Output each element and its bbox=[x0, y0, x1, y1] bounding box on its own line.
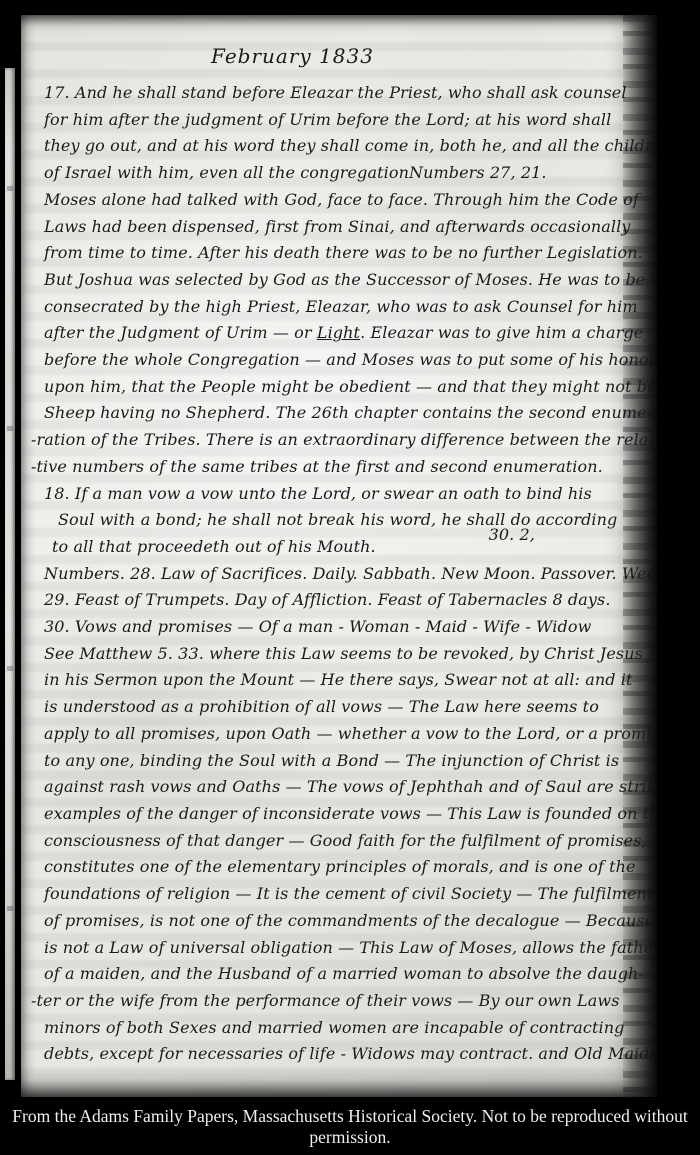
manuscript-line: from time to time. After his death there… bbox=[44, 240, 631, 267]
line-text: See Matthew 5. 33. where this Law seems … bbox=[44, 641, 643, 668]
manuscript-line: debts, except for necessaries of life - … bbox=[44, 1041, 631, 1068]
line-text: against rash vows and Oaths — The vows o… bbox=[44, 774, 657, 801]
line-text: before the whole Congregation — and Mose… bbox=[44, 347, 657, 374]
manuscript-line: 29. Feast of Trumpets. Day of Affliction… bbox=[44, 587, 631, 614]
manuscript-line: -ter or the wife from the performance of… bbox=[31, 988, 631, 1015]
manuscript-line: -tive numbers of the same tribes at the … bbox=[31, 454, 631, 481]
line-text: after the Judgment of Urim — or bbox=[44, 320, 317, 347]
manuscript-line: Soul with a bond; he shall not break his… bbox=[58, 507, 631, 534]
manuscript-line: to all that proceedeth out of his Mouth.… bbox=[52, 534, 631, 561]
manuscript-text: February 1833 17. And he shall stand bef… bbox=[21, 15, 657, 1068]
line-text: -ration of the Tribes. There is an extra… bbox=[31, 427, 654, 454]
manuscript-line: for him after the judgment of Urim befor… bbox=[44, 107, 631, 134]
line-text: 17. And he shall stand before Eleazar th… bbox=[44, 80, 627, 107]
manuscript-line: examples of the danger of inconsiderate … bbox=[44, 801, 631, 828]
page-date-heading: February 1833 bbox=[21, 41, 586, 71]
line-text: is not a Law of universal obligation — T… bbox=[44, 935, 657, 962]
line-text: -ter or the wife from the performance of… bbox=[31, 988, 620, 1015]
book-fore-edge-shadow bbox=[623, 15, 657, 1097]
manuscript-line: against rash vows and Oaths — The vows o… bbox=[44, 774, 631, 801]
manuscript-line: they go out, and at his word they shall … bbox=[44, 133, 631, 160]
manuscript-page: February 1833 17. And he shall stand bef… bbox=[21, 15, 657, 1097]
manuscript-line: 17. And he shall stand before Eleazar th… bbox=[44, 80, 631, 107]
scripture-reference: 30. 2, bbox=[489, 522, 535, 549]
line-text: to all that proceedeth out of his Mouth. bbox=[52, 534, 376, 561]
manuscript-line: upon him, that the People might be obedi… bbox=[44, 374, 631, 401]
manuscript-line: in his Sermon upon the Mount — He there … bbox=[44, 667, 631, 694]
manuscript-line: is not a Law of universal obligation — T… bbox=[44, 935, 631, 962]
manuscript-line: 30. Vows and promises — Of a man - Woman… bbox=[44, 614, 631, 641]
line-text: of a maiden, and the Husband of a marrie… bbox=[44, 961, 644, 988]
adjacent-page-edge bbox=[5, 68, 15, 1080]
line-text: consecrated by the high Priest, Eleazar,… bbox=[44, 294, 638, 321]
line-text: they go out, and at his word they shall … bbox=[44, 133, 657, 160]
manuscript-line: of Israel with him, even all the congreg… bbox=[44, 160, 631, 187]
manuscript-line: is understood as a prohibition of all vo… bbox=[44, 694, 631, 721]
manuscript-line: consecrated by the high Priest, Eleazar,… bbox=[44, 294, 631, 321]
line-text: Moses alone had talked with God, face to… bbox=[44, 187, 639, 214]
manuscript-line: -ration of the Tribes. There is an extra… bbox=[31, 427, 631, 454]
manuscript-line: constitutes one of the elementary princi… bbox=[44, 854, 631, 881]
manuscript-lines: 17. And he shall stand before Eleazar th… bbox=[44, 80, 631, 1068]
manuscript-line: before the whole Congregation — and Mose… bbox=[44, 347, 631, 374]
manuscript-line: But Joshua was selected by God as the Su… bbox=[44, 267, 631, 294]
line-text: apply to all promises, upon Oath — wheth… bbox=[44, 721, 657, 748]
line-text: Sheep having no Shepherd. The 26th chapt… bbox=[44, 400, 652, 427]
line-text: foundations of religion — It is the ceme… bbox=[44, 881, 653, 908]
manuscript-line: consciousness of that danger — Good fait… bbox=[44, 828, 631, 855]
archive-credit-caption: From the Adams Family Papers, Massachuse… bbox=[0, 1106, 700, 1148]
line-text: 30. Vows and promises — Of a man - Woman… bbox=[44, 614, 591, 641]
line-text: consciousness of that danger — Good fait… bbox=[44, 828, 647, 855]
line-text: minors of both Sexes and married women a… bbox=[44, 1015, 624, 1042]
line-text: Laws had been dispensed, first from Sina… bbox=[44, 214, 630, 241]
line-text: upon him, that the People might be obedi… bbox=[44, 374, 657, 401]
line-text: . Eleazar was to give him a charge bbox=[360, 320, 643, 347]
manuscript-line: of promises, is not one of the commandme… bbox=[44, 908, 631, 935]
manuscript-line: 18. If a man vow a vow unto the Lord, or… bbox=[44, 481, 631, 508]
line-text: of Israel with him, even all the congreg… bbox=[44, 160, 409, 187]
scanned-manuscript-photo: { "header": { "date_line": "February 183… bbox=[0, 0, 700, 1155]
underlined-word: Light bbox=[317, 320, 360, 347]
line-text: of promises, is not one of the commandme… bbox=[44, 908, 657, 935]
line-text: constitutes one of the elementary princi… bbox=[44, 854, 636, 881]
manuscript-line: after the Judgment of Urim — or Light. E… bbox=[44, 320, 631, 347]
line-text: examples of the danger of inconsiderate … bbox=[44, 801, 657, 828]
line-text: to any one, binding the Soul with a Bond… bbox=[44, 748, 619, 775]
manuscript-line: foundations of religion — It is the ceme… bbox=[44, 881, 631, 908]
line-text: from time to time. After his death there… bbox=[44, 240, 643, 267]
manuscript-line: of a maiden, and the Husband of a marrie… bbox=[44, 961, 631, 988]
line-text: But Joshua was selected by God as the Su… bbox=[44, 267, 645, 294]
manuscript-line: apply to all promises, upon Oath — wheth… bbox=[44, 721, 631, 748]
manuscript-line: to any one, binding the Soul with a Bond… bbox=[44, 748, 631, 775]
manuscript-line: See Matthew 5. 33. where this Law seems … bbox=[44, 641, 631, 668]
line-text: 29. Feast of Trumpets. Day of Affliction… bbox=[44, 587, 611, 614]
line-text: for him after the judgment of Urim befor… bbox=[44, 107, 611, 134]
manuscript-line: Moses alone had talked with God, face to… bbox=[44, 187, 631, 214]
scripture-reference: Numbers 27, 21. bbox=[409, 160, 547, 187]
manuscript-line: Numbers. 28. Law of Sacrifices. Daily. S… bbox=[44, 561, 631, 588]
manuscript-line: Sheep having no Shepherd. The 26th chapt… bbox=[44, 400, 631, 427]
line-text: Numbers. 28. Law of Sacrifices. Daily. S… bbox=[44, 561, 657, 588]
manuscript-line: Laws had been dispensed, first from Sina… bbox=[44, 214, 631, 241]
line-text: 18. If a man vow a vow unto the Lord, or… bbox=[44, 481, 592, 508]
line-text: is understood as a prohibition of all vo… bbox=[44, 694, 599, 721]
line-text: in his Sermon upon the Mount — He there … bbox=[44, 667, 633, 694]
caption-band: From the Adams Family Papers, Massachuse… bbox=[0, 1107, 700, 1155]
manuscript-line: minors of both Sexes and married women a… bbox=[44, 1015, 631, 1042]
line-text: -tive numbers of the same tribes at the … bbox=[31, 454, 603, 481]
line-text: debts, except for necessaries of life - … bbox=[44, 1041, 657, 1068]
